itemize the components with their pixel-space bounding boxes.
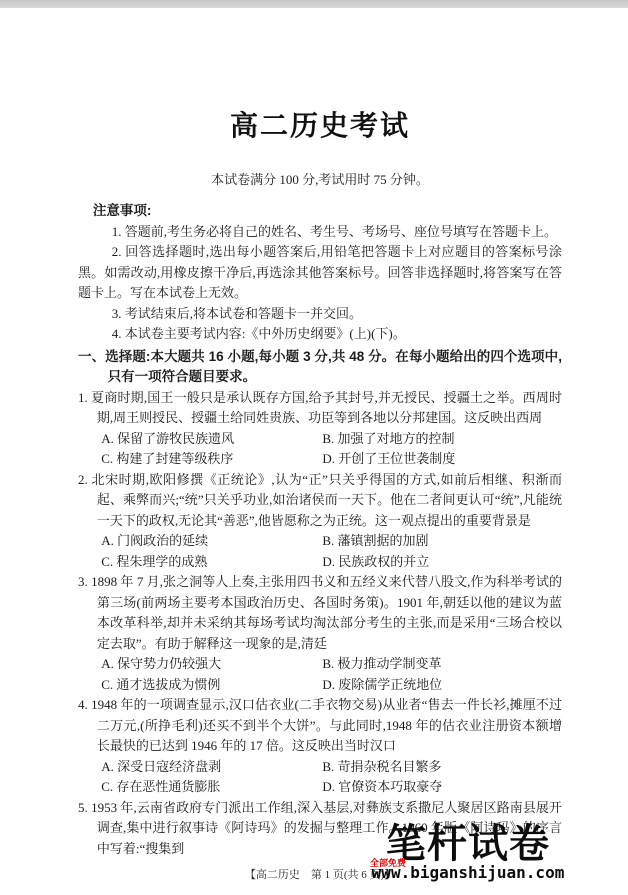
question-3-options: A. 保守势力仍较强大 B. 极力推动学制变革 C. 通才选拔成为惯例 D. 废… bbox=[78, 654, 562, 695]
question-4-option-c: C. 存在恶性通货膨胀 bbox=[101, 777, 322, 798]
question-2-option-b: B. 藩镇割据的加剧 bbox=[322, 531, 562, 552]
question-3-option-c: C. 通才选拔成为惯例 bbox=[101, 675, 322, 696]
notice-item-1: 1. 答题前,考生务必将自己的姓名、考生号、考场号、座位号填写在答题卡上。 bbox=[78, 222, 562, 243]
biganshijuan-watermark: 全部免费 笔杆试卷 www.biganshijuan.com bbox=[362, 825, 574, 882]
question-1-option-b: B. 加强了对地方的控制 bbox=[322, 429, 562, 450]
question-2-options: A. 门阀政治的延续 B. 藩镇割据的加剧 C. 程朱理学的成熟 D. 民族政权… bbox=[78, 531, 562, 572]
notices-header: 注意事项: bbox=[78, 201, 562, 222]
question-4: 4. 1948 年的一项调查显示,汉口估衣业(二手衣物交易)从业者“售去一件长衫… bbox=[78, 695, 562, 798]
exam-info-line: 本试卷满分 100 分,考试用时 75 分钟。 bbox=[78, 169, 562, 188]
question-3-option-d: D. 废除儒学正统地位 bbox=[322, 675, 562, 696]
notice-item-4: 4. 本试卷主要考试内容:《中外历史纲要》(上)(下)。 bbox=[78, 324, 562, 345]
question-2-option-c: C. 程朱理学的成熟 bbox=[101, 552, 322, 573]
question-1-option-d: D. 开创了王位世袭制度 bbox=[322, 449, 562, 470]
question-2-stem: 2. 北宋时期,欧阳修撰《正统论》,认为“正”只关乎得国的方式,如前后相继、积渐… bbox=[78, 470, 562, 532]
question-3-stem: 3. 1898 年 7 月,张之洞等人上奏,主张用四书义和五经义来代替八股文,作… bbox=[78, 572, 562, 654]
question-2-option-d: D. 民族政权的并立 bbox=[322, 552, 562, 573]
question-2: 2. 北宋时期,欧阳修撰《正统论》,认为“正”只关乎得国的方式,如前后相继、积渐… bbox=[78, 470, 562, 573]
question-1-stem: 1. 夏商时期,国王一般只是承认既存方国,给予其封号,并无授民、授疆土之举。西周… bbox=[78, 388, 562, 429]
question-2-option-a: A. 门阀政治的延续 bbox=[101, 531, 322, 552]
notice-item-2: 2. 回答选择题时,选出每小题答案后,用铅笔把答题卡上对应题目的答案标号涂黑。如… bbox=[78, 242, 562, 304]
question-4-option-b: B. 苛捐杂税名目繁多 bbox=[322, 757, 562, 778]
question-4-options: A. 深受日寇经济盘剥 B. 苛捐杂税名目繁多 C. 存在恶性通货膨胀 D. 官… bbox=[78, 757, 562, 798]
free-label: 全部免费 bbox=[370, 856, 406, 869]
notice-item-3: 3. 考试结束后,将本试卷和答题卡一并交回。 bbox=[78, 304, 562, 325]
page-title: 高二历史考试 bbox=[78, 104, 562, 144]
question-1-option-a: A. 保留了游牧民族遗风 bbox=[101, 429, 322, 450]
question-1: 1. 夏商时期,国王一般只是承认既存方国,给予其封号,并无授民、授疆土之举。西周… bbox=[78, 388, 562, 470]
question-1-options: A. 保留了游牧民族遗风 B. 加强了对地方的控制 C. 构建了封建等级秩序 D… bbox=[78, 429, 562, 470]
question-3-option-b: B. 极力推动学制变革 bbox=[322, 654, 562, 675]
question-4-option-d: D. 官僚资本巧取豪夺 bbox=[322, 777, 562, 798]
section-one-header: 一、选择题:本大题共 16 小题,每小题 3 分,共 48 分。在每小题给出的四… bbox=[78, 347, 562, 388]
notices-section: 注意事项: 1. 答题前,考生务必将自己的姓名、考生号、考场号、座位号填写在答题… bbox=[78, 201, 562, 345]
question-3-option-a: A. 保守势力仍较强大 bbox=[101, 654, 322, 675]
scan-edge-artifact bbox=[0, 0, 628, 8]
question-1-option-c: C. 构建了封建等级秩序 bbox=[101, 449, 322, 470]
question-4-stem: 4. 1948 年的一项调查显示,汉口估衣业(二手衣物交易)从业者“售去一件长衫… bbox=[78, 695, 562, 757]
question-4-option-a: A. 深受日寇经济盘剥 bbox=[101, 757, 322, 778]
question-3: 3. 1898 年 7 月,张之洞等人上奏,主张用四书义和五经义来代替八股文,作… bbox=[78, 572, 562, 695]
exam-paper-scan: 高二历史考试 本试卷满分 100 分,考试用时 75 分钟。 注意事项: 1. … bbox=[0, 0, 628, 895]
paper-content: 高二历史考试 本试卷满分 100 分,考试用时 75 分钟。 注意事项: 1. … bbox=[0, 104, 628, 882]
